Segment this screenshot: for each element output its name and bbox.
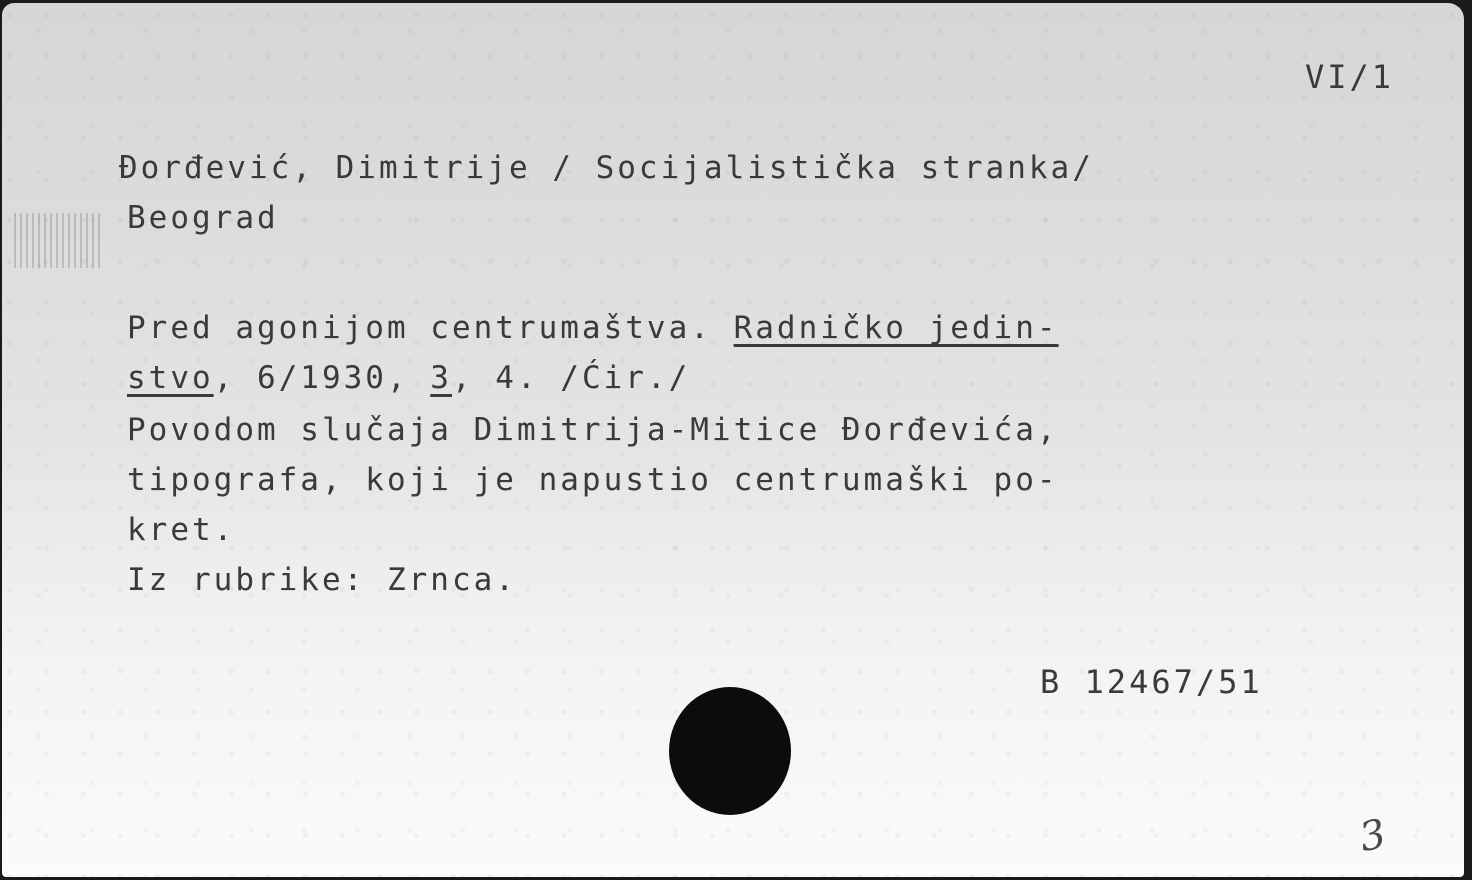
shelfmark: VI/1 — [1305, 61, 1394, 93]
heading-separator: / — [531, 150, 596, 186]
organization: Socijalistička stranka/ — [596, 150, 1094, 186]
annotation-line: Iz rubrike: Zrnca. — [127, 565, 517, 596]
annotation-line: Povodom slučaja Dimitrija-Mitice Đorđevi… — [127, 415, 1059, 446]
page-number: 3 — [430, 360, 452, 396]
heading-place: Beograd — [127, 203, 279, 234]
journal-title-part-2: stvo — [127, 360, 214, 396]
catalog-card: VI/1 Đorđević, Dimitrije / Socijalističk… — [2, 3, 1464, 877]
annotation-line: tipografa, koji je napustio centrumaški … — [127, 465, 1059, 496]
citation-line-2: stvo, 6/1930, 3, 4. /Ćir./ — [127, 363, 690, 394]
handwritten-mark: 3 — [1355, 811, 1389, 861]
heading-line-1: Đorđević, Dimitrije / Socijalistička str… — [119, 153, 1094, 184]
faded-stamp-mark — [14, 213, 104, 268]
author-name: Đorđević, Dimitrije — [119, 150, 531, 186]
citation-line-1: Pred agonijom centrumaštva. Radničko jed… — [127, 313, 1059, 344]
annotation-line: kret. — [127, 515, 235, 546]
script-note: /Ćir./ — [560, 360, 690, 396]
accession-number: B 12467/51 — [1040, 666, 1263, 698]
issue-details: , 6/1930, — [214, 360, 431, 396]
punch-hole — [669, 687, 791, 815]
issue-details-2: , 4. — [452, 360, 560, 396]
journal-title-part-1: Radničko jedin- — [734, 310, 1059, 346]
article-title: Pred agonijom centrumaštva. — [127, 310, 712, 346]
